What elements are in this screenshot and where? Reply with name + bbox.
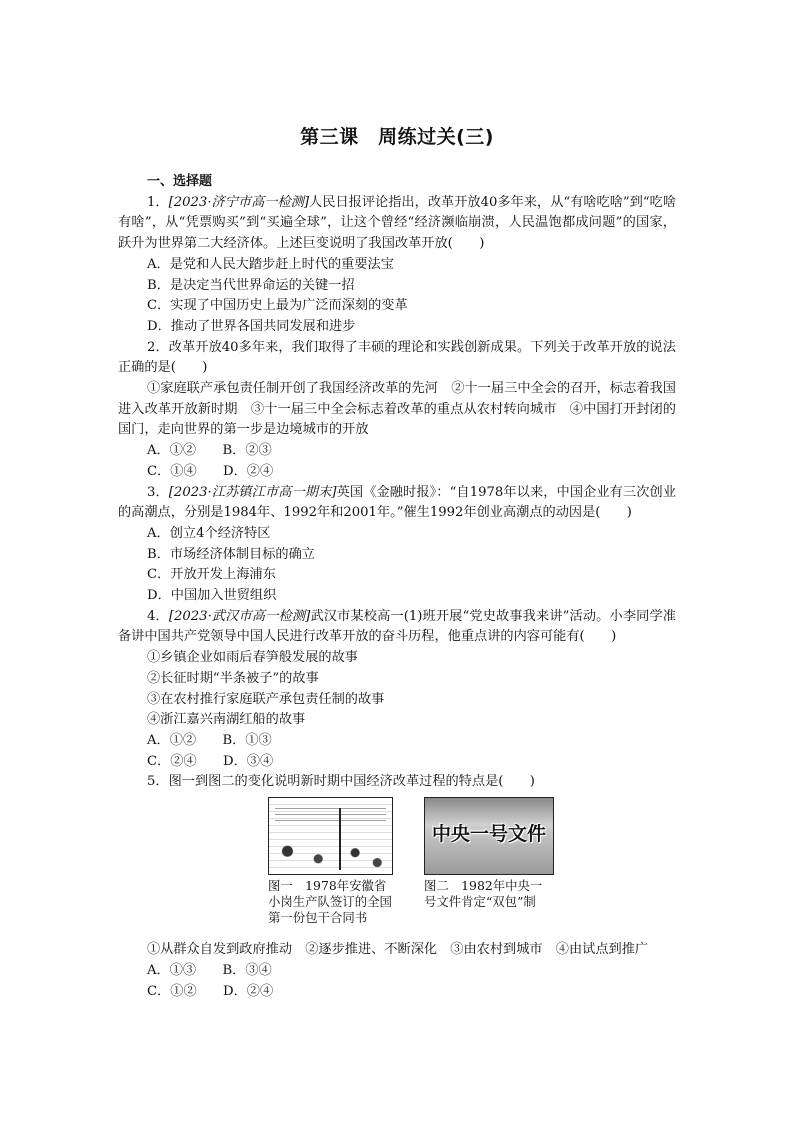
question-text: 图一到图二的变化说明新时期中国经济改革过程的特点是( ) — [169, 774, 535, 789]
handwritten-lines — [275, 804, 386, 826]
question-text: 改革开放40多年来，我们取得了丰硕的理论和实践创新成果。下列关于改革开放的说法正… — [118, 340, 676, 376]
figure-group: 图一 1978年安徽省小岗生产队签订的全国第一份包干合同书 中央一号文件 图二 … — [118, 797, 676, 940]
question-source: [2023·济宁市高一检测] — [169, 195, 309, 210]
option-b[interactable]: B．市场经济体制目标的确立 — [118, 545, 676, 566]
option-c[interactable]: C．实现了中国历史上最为广泛而深刻的变革 — [118, 296, 676, 317]
question-stem: 1．[2023·济宁市高一检测]人民日报评论指出，改革开放40多年来，从“有啥吃… — [118, 193, 676, 255]
question-stem: 3．[2023·江苏镇江市高一期末]英国《金融时报》：“自1978年以来，中国企… — [118, 483, 676, 524]
option-d[interactable]: D．推动了世界各国共同发展和进步 — [118, 317, 676, 338]
option-row-cd[interactable]: C．①④ D．②④ — [118, 462, 676, 483]
figure-2: 中央一号文件 图二 1982年中央一号文件肯定“双包”制 — [424, 797, 554, 910]
option-b[interactable]: B．是决定当代世界命运的关键一招 — [118, 276, 676, 297]
figure-2-caption: 图二 1982年中央一号文件肯定“双包”制 — [424, 878, 554, 910]
question-4: 4．[2023·武汉市高一检测]武汉市某校高一(1)班开展“党史故事我来讲”活动… — [118, 607, 676, 773]
statement-1: ①乡镇企业如雨后春笋般发展的故事 — [118, 648, 676, 669]
option-row-cd[interactable]: C．②④ D．③④ — [118, 752, 676, 773]
figure-1: 图一 1978年安徽省小岗生产队签订的全国第一份包干合同书 — [268, 797, 393, 926]
section-heading: 一、选择题 — [118, 172, 676, 193]
paper-crease — [339, 808, 341, 870]
question-stem: 5．图一到图二的变化说明新时期中国经济改革过程的特点是( ) — [118, 772, 676, 793]
statement-2: ②长征时期“半条被子”的故事 — [118, 669, 676, 690]
statement-3: ③在农村推行家庭联产承包责任制的故事 — [118, 690, 676, 711]
question-source: [2023·江苏镇江市高一期末] — [169, 485, 337, 500]
document-body: 一、选择题 1．[2023·济宁市高一检测]人民日报评论指出，改革开放40多年来… — [118, 172, 676, 1002]
question-statements: ①从群众自发到政府推动 ②逐步推进、不断深化 ③由农村到城市 ④由试点到推广 — [118, 940, 676, 961]
question-number: 4． — [147, 609, 169, 624]
option-c[interactable]: C．开放开发上海浦东 — [118, 565, 676, 586]
page-title: 第三课 周练过关(三) — [118, 122, 676, 149]
option-row-ab[interactable]: A．①② B．①③ — [118, 731, 676, 752]
option-a[interactable]: A．是党和人民大踏步赶上时代的重要法宝 — [118, 255, 676, 276]
figure-1-caption: 图一 1978年安徽省小岗生产队签订的全国第一份包干合同书 — [268, 878, 393, 926]
question-number: 3． — [147, 485, 169, 500]
figure-2-banner: 中央一号文件 — [425, 824, 553, 845]
contract-document-image — [268, 797, 393, 875]
question-stem: 2．改革开放40多年来，我们取得了丰硕的理论和实践创新成果。下列关于改革开放的说… — [118, 338, 676, 379]
question-2: 2．改革开放40多年来，我们取得了丰硕的理论和实践创新成果。下列关于改革开放的说… — [118, 338, 676, 483]
option-a[interactable]: A．创立4个经济特区 — [118, 524, 676, 545]
question-3: 3．[2023·江苏镇江市高一期末]英国《金融时报》：“自1978年以来，中国企… — [118, 483, 676, 607]
question-source: [2023·武汉市高一检测] — [169, 609, 310, 624]
question-number: 1． — [147, 195, 169, 210]
question-5: 5．图一到图二的变化说明新时期中国经济改革过程的特点是( ) 图一 1978年安… — [118, 772, 676, 1002]
option-row-cd[interactable]: C．①② D．②④ — [118, 982, 676, 1003]
question-number: 5． — [147, 774, 169, 789]
question-statements: ①家庭联产承包责任制开创了我国经济改革的先河 ②十一届三中全会的召开，标志着我国… — [118, 379, 676, 441]
option-row-ab[interactable]: A．①③ B．③④ — [118, 961, 676, 982]
statement-4: ④浙江嘉兴南湖红船的故事 — [118, 710, 676, 731]
wheat-field-image: 中央一号文件 — [424, 797, 554, 875]
option-row-ab[interactable]: A．①② B．②③ — [118, 441, 676, 462]
question-number: 2． — [147, 340, 169, 355]
option-d[interactable]: D．中国加入世贸组织 — [118, 586, 676, 607]
question-stem: 4．[2023·武汉市高一检测]武汉市某校高一(1)班开展“党史故事我来讲”活动… — [118, 607, 676, 648]
question-1: 1．[2023·济宁市高一检测]人民日报评论指出，改革开放40多年来，从“有啥吃… — [118, 193, 676, 338]
